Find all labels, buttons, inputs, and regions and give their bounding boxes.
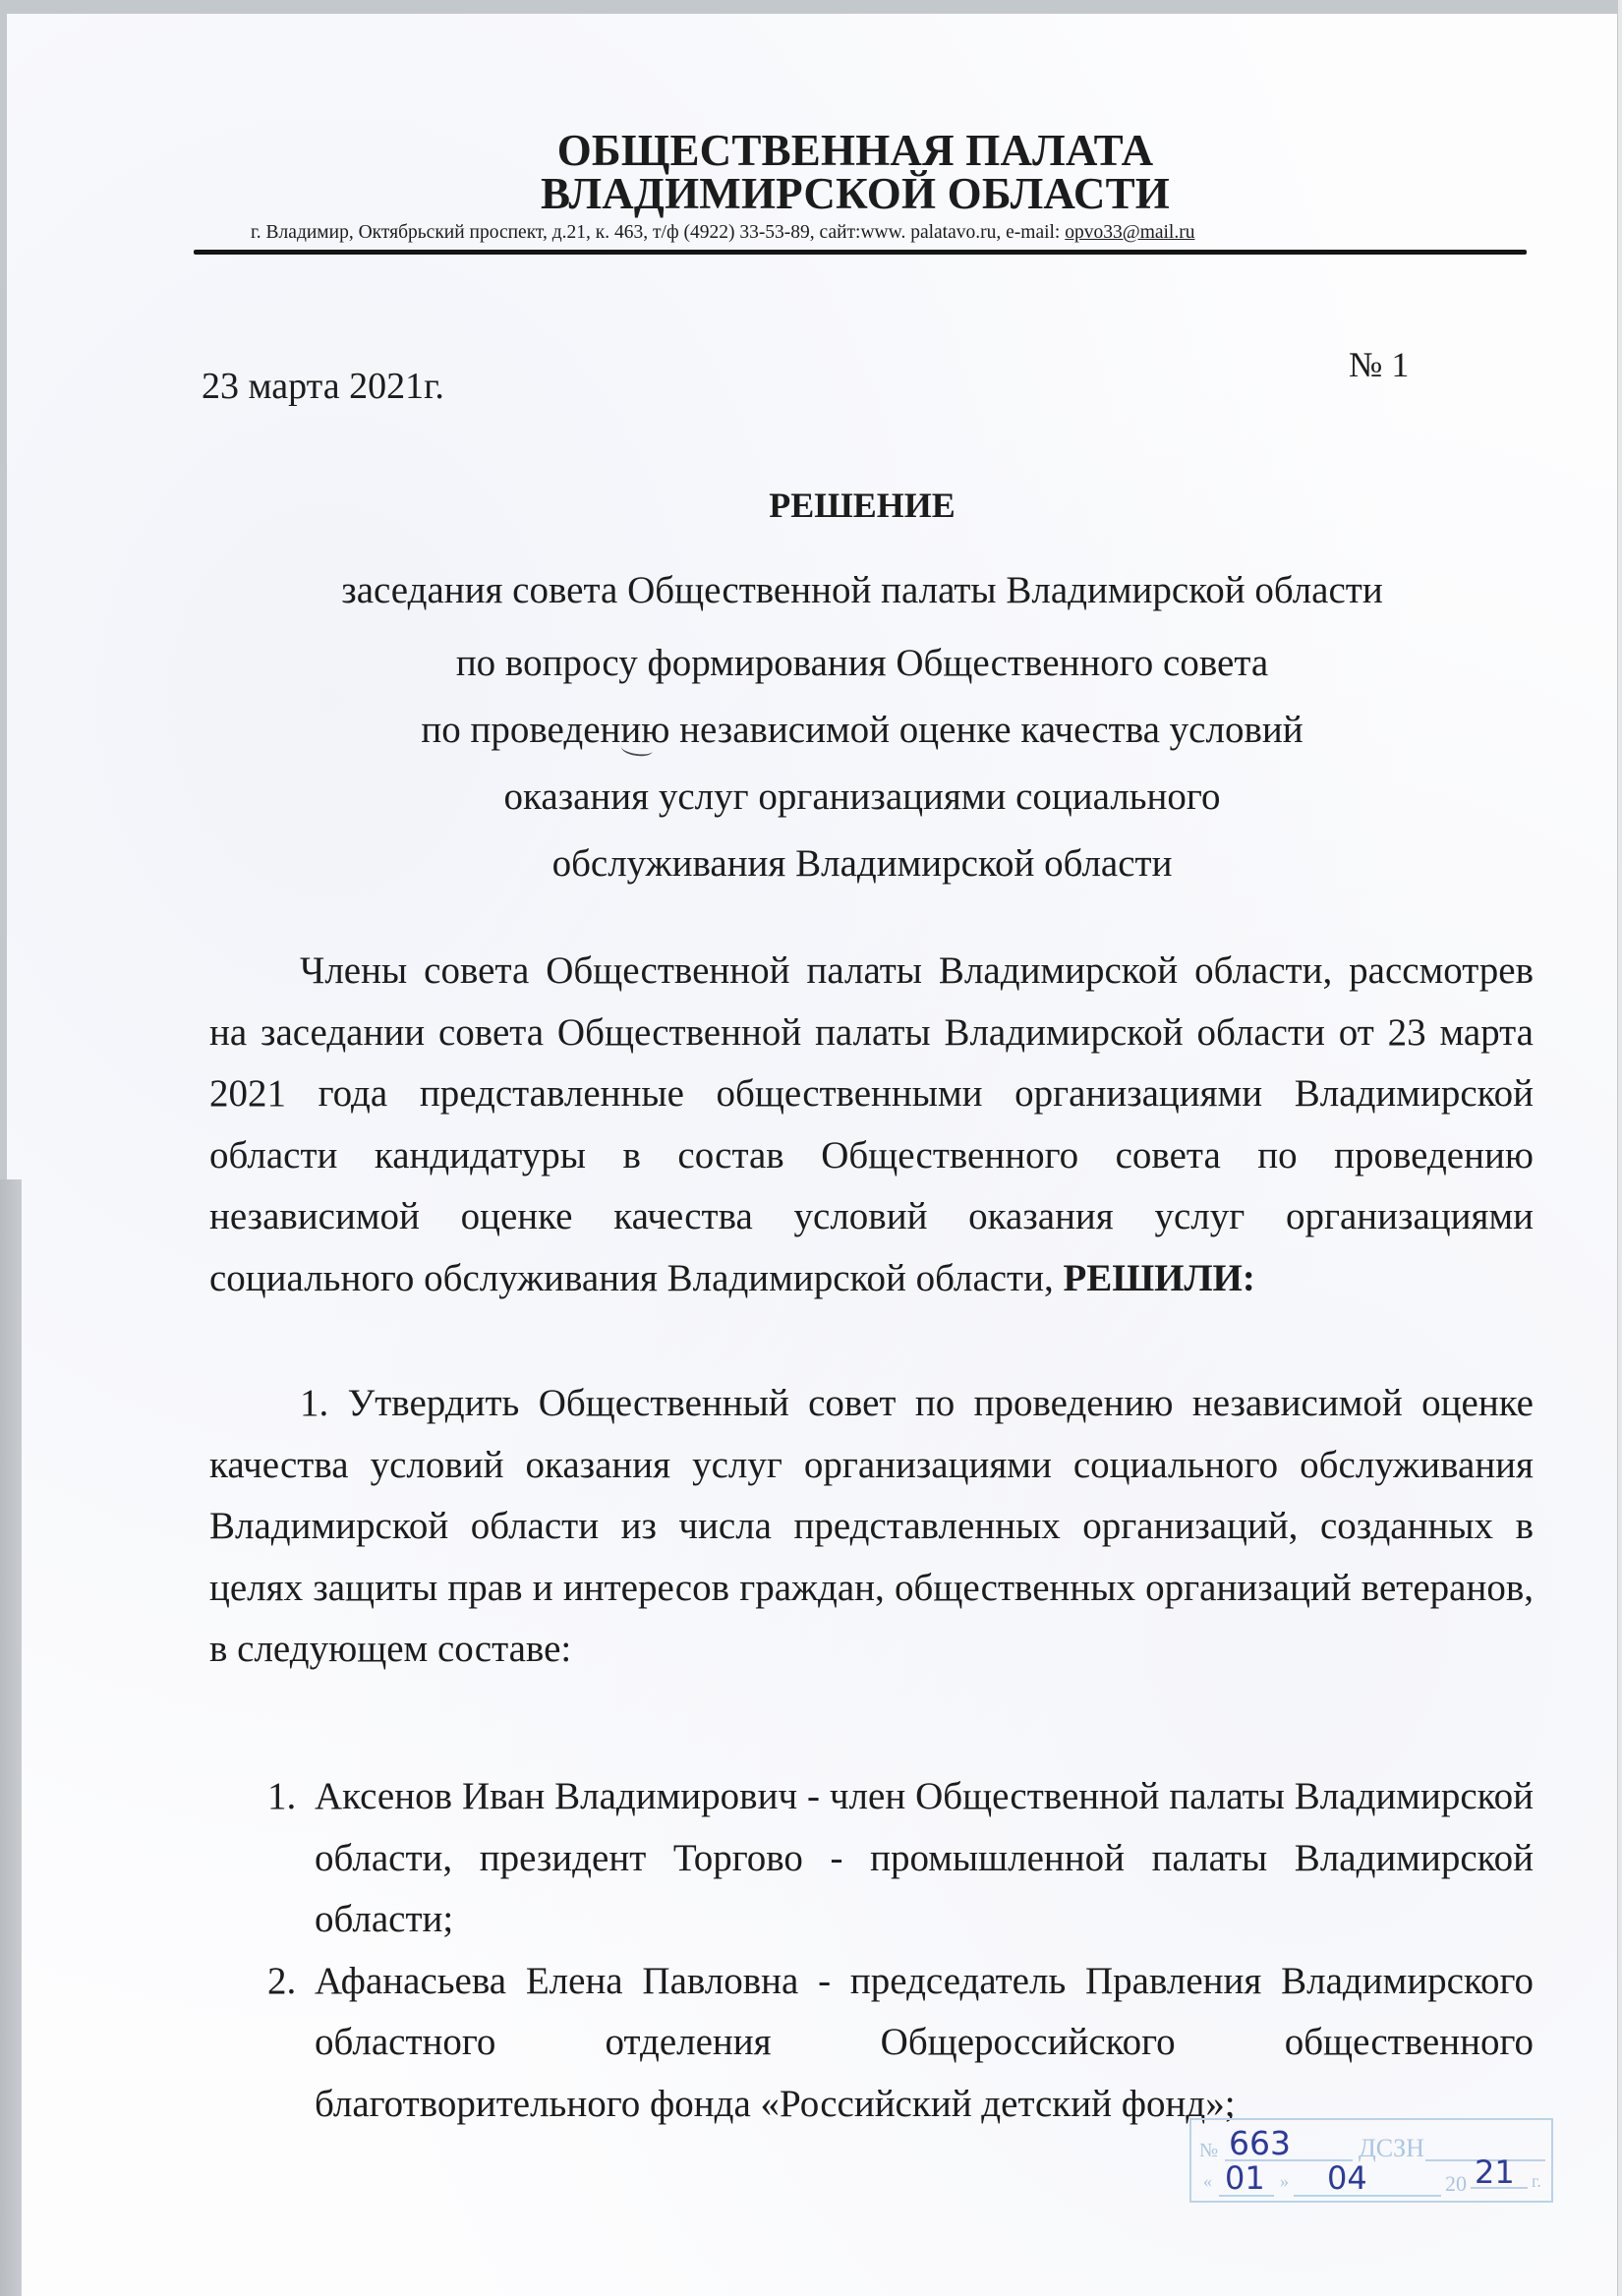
resolved-label: РЕШИЛИ:: [1063, 1257, 1254, 1299]
contacts-line: г. Владимир, Октябрьский проспект, д.21,…: [251, 223, 1194, 243]
stamp-day: 01: [1225, 2159, 1265, 2197]
document-date: 23 марта 2021г.: [202, 368, 444, 405]
registration-stamp: № 663 ДСЗН « 01 » 04 20 21 г.: [1189, 2118, 1553, 2203]
stamp-underline: [1294, 2195, 1441, 2197]
email-link[interactable]: opvo33@mail.ru: [1065, 222, 1194, 243]
list-item: 2. Афанасьева Елена Павловна - председат…: [209, 1951, 1534, 2136]
org-name-line2: ВЛАДИМИРСКОЙ ОБЛАСТИ: [0, 172, 1622, 216]
contacts-text: г. Владимир, Октябрьский проспект, д.21,…: [251, 222, 1065, 243]
subtitle-line: по проведению независимой оценке качеств…: [0, 711, 1622, 749]
list-item-text: Афанасьева Елена Павловна - председатель…: [315, 1960, 1534, 2125]
subtitle-line: обслуживания Владимирской области: [0, 844, 1622, 883]
list-item-number: 2.: [267, 1951, 296, 2013]
stamp-year-prefix: 20: [1445, 2171, 1467, 2197]
page-edge: [1618, 0, 1622, 2296]
stamp-year-label: г.: [1532, 2171, 1541, 2192]
list-item-number: 1.: [267, 1766, 296, 1828]
list-item: 1. Аксенов Иван Владимирович - член Обще…: [209, 1766, 1534, 1951]
list-item-text: Аксенов Иван Владимирович - член Обществ…: [315, 1775, 1534, 1940]
preamble-paragraph: Члены совета Общественной палаты Владими…: [209, 941, 1534, 1309]
org-name-line1: ОБЩЕСТВЕННАЯ ПАЛАТА: [0, 129, 1622, 173]
members-list: 1. Аксенов Иван Владимирович - член Обще…: [209, 1766, 1534, 2135]
stamp-no-label: №: [1199, 2140, 1218, 2162]
document-number: № 1: [1349, 347, 1409, 382]
decision-heading: РЕШЕНИЕ: [0, 488, 1622, 523]
header-divider: [194, 250, 1527, 255]
stamp-org-label: ДСЗН: [1359, 2134, 1424, 2163]
preamble-text: Члены совета Общественной палаты Владими…: [209, 949, 1534, 1299]
subtitle-line: оказания услуг организациями социального: [0, 777, 1622, 816]
clause-1-paragraph: 1. Утвердить Общественный совет по прове…: [209, 1373, 1534, 1681]
stamp-no-value: 663: [1229, 2124, 1291, 2162]
stamp-underline: [1219, 2195, 1274, 2197]
stamp-quote-close: »: [1280, 2171, 1289, 2192]
clause-1-text: 1. Утвердить Общественный совет по прове…: [209, 1382, 1534, 1670]
stamp-year-suffix: 21: [1475, 2153, 1515, 2191]
subtitle-line: заседания совета Общественной палаты Вла…: [0, 571, 1622, 609]
stamp-quote-open: «: [1203, 2171, 1212, 2192]
scan-shadow: [0, 1179, 22, 2296]
stamp-underline: [1471, 2187, 1528, 2189]
stamp-month: 04: [1327, 2159, 1367, 2197]
subtitle-line: по вопросу формирования Общественного со…: [0, 644, 1622, 682]
